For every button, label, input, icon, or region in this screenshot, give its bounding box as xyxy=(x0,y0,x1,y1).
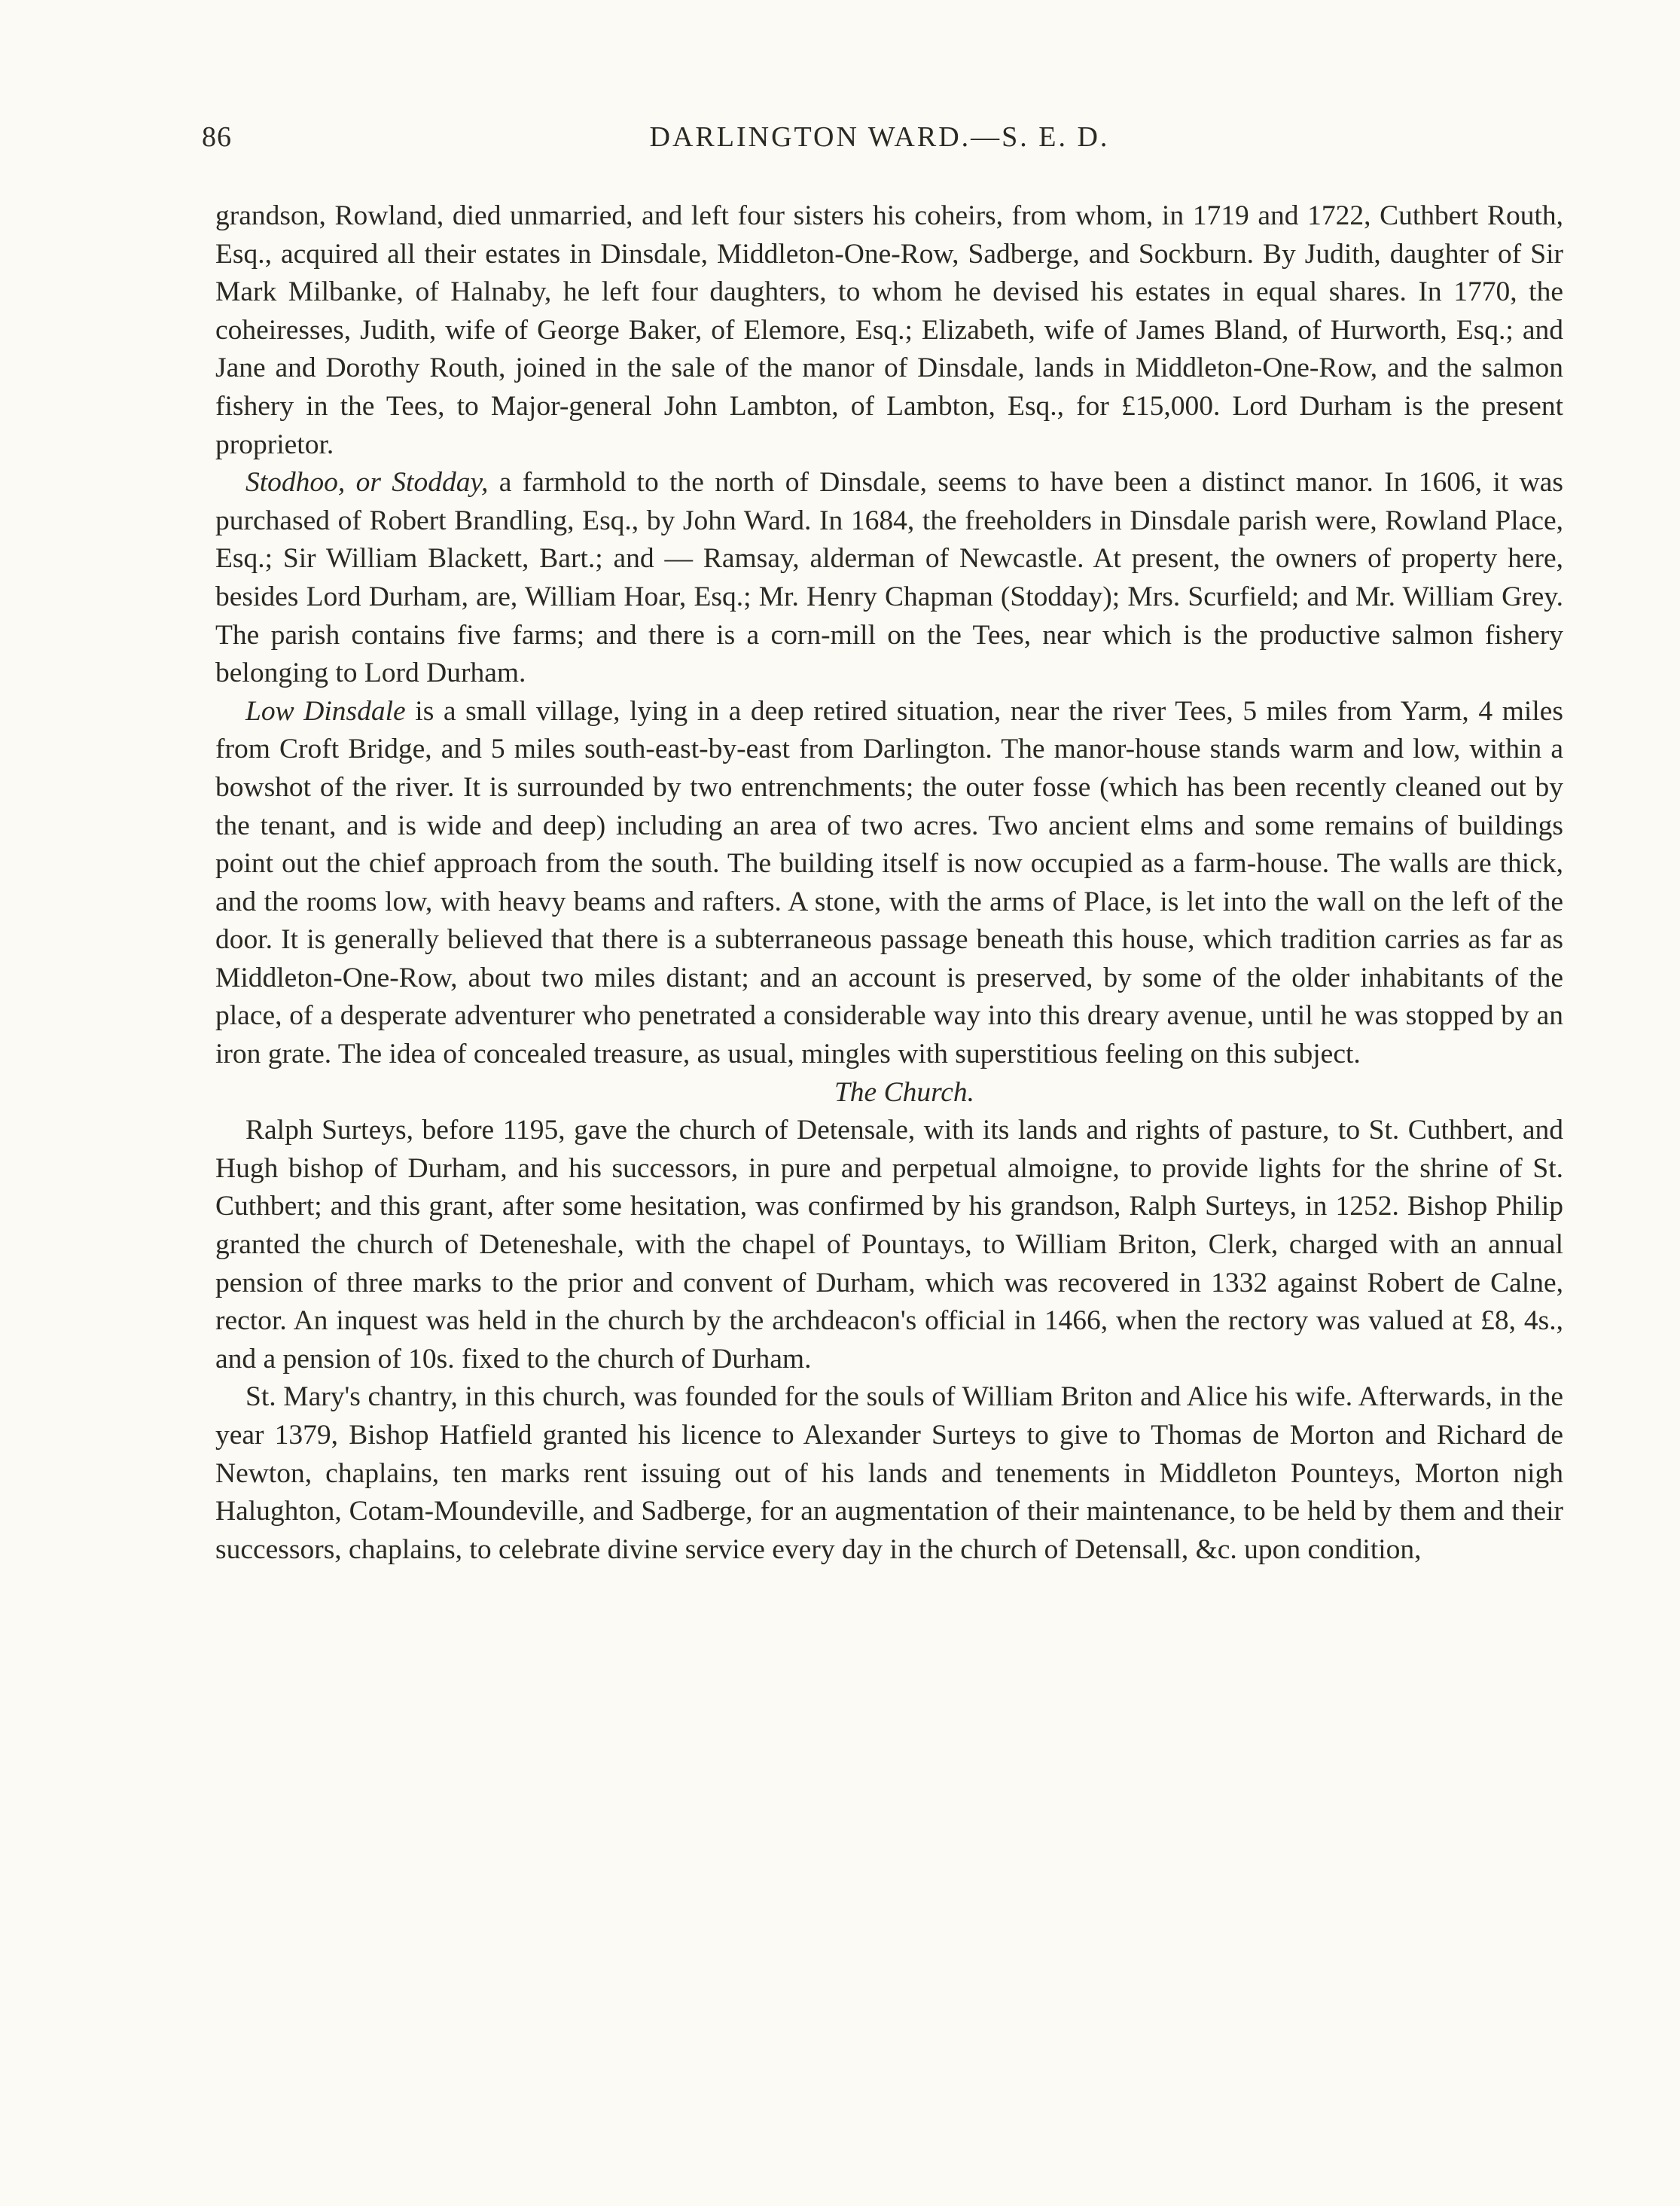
paragraph-text: a farmhold to the north of Dinsdale, see… xyxy=(215,467,1563,688)
paragraph-low-dinsdale: Low Dinsdale is a small village, lying i… xyxy=(215,693,1563,1074)
paragraph-stodhoo: Stodhoo, or Stodday, a farmhold to the n… xyxy=(215,464,1563,693)
page-header: 86 DARLINGTON WARD.—S. E. D. xyxy=(202,121,1557,166)
paragraph-text: is a small village, lying in a deep reti… xyxy=(215,696,1563,1069)
paragraph-lead-italic: Stodhoo, or Stodday, xyxy=(245,467,488,498)
body-text: grandson, Rowland, died unmarried, and l… xyxy=(215,197,1563,1569)
running-head: DARLINGTON WARD.—S. E. D. xyxy=(202,121,1557,154)
paragraph-routh-estates: grandson, Rowland, died unmarried, and l… xyxy=(215,197,1563,464)
section-title: The Church. xyxy=(215,1074,1563,1112)
paragraph-lead-italic: Low Dinsdale xyxy=(245,696,406,727)
paragraph-text: grandson, Rowland, died unmarried, and l… xyxy=(215,200,1563,460)
paragraph-text: Ralph Surteys, before 1195, gave the chu… xyxy=(215,1115,1563,1375)
paragraph-church-grant: Ralph Surteys, before 1195, gave the chu… xyxy=(215,1112,1563,1378)
paragraph-text: St. Mary's chantry, in this church, was … xyxy=(215,1381,1563,1564)
paragraph-chantry: St. Mary's chantry, in this church, was … xyxy=(215,1378,1563,1569)
